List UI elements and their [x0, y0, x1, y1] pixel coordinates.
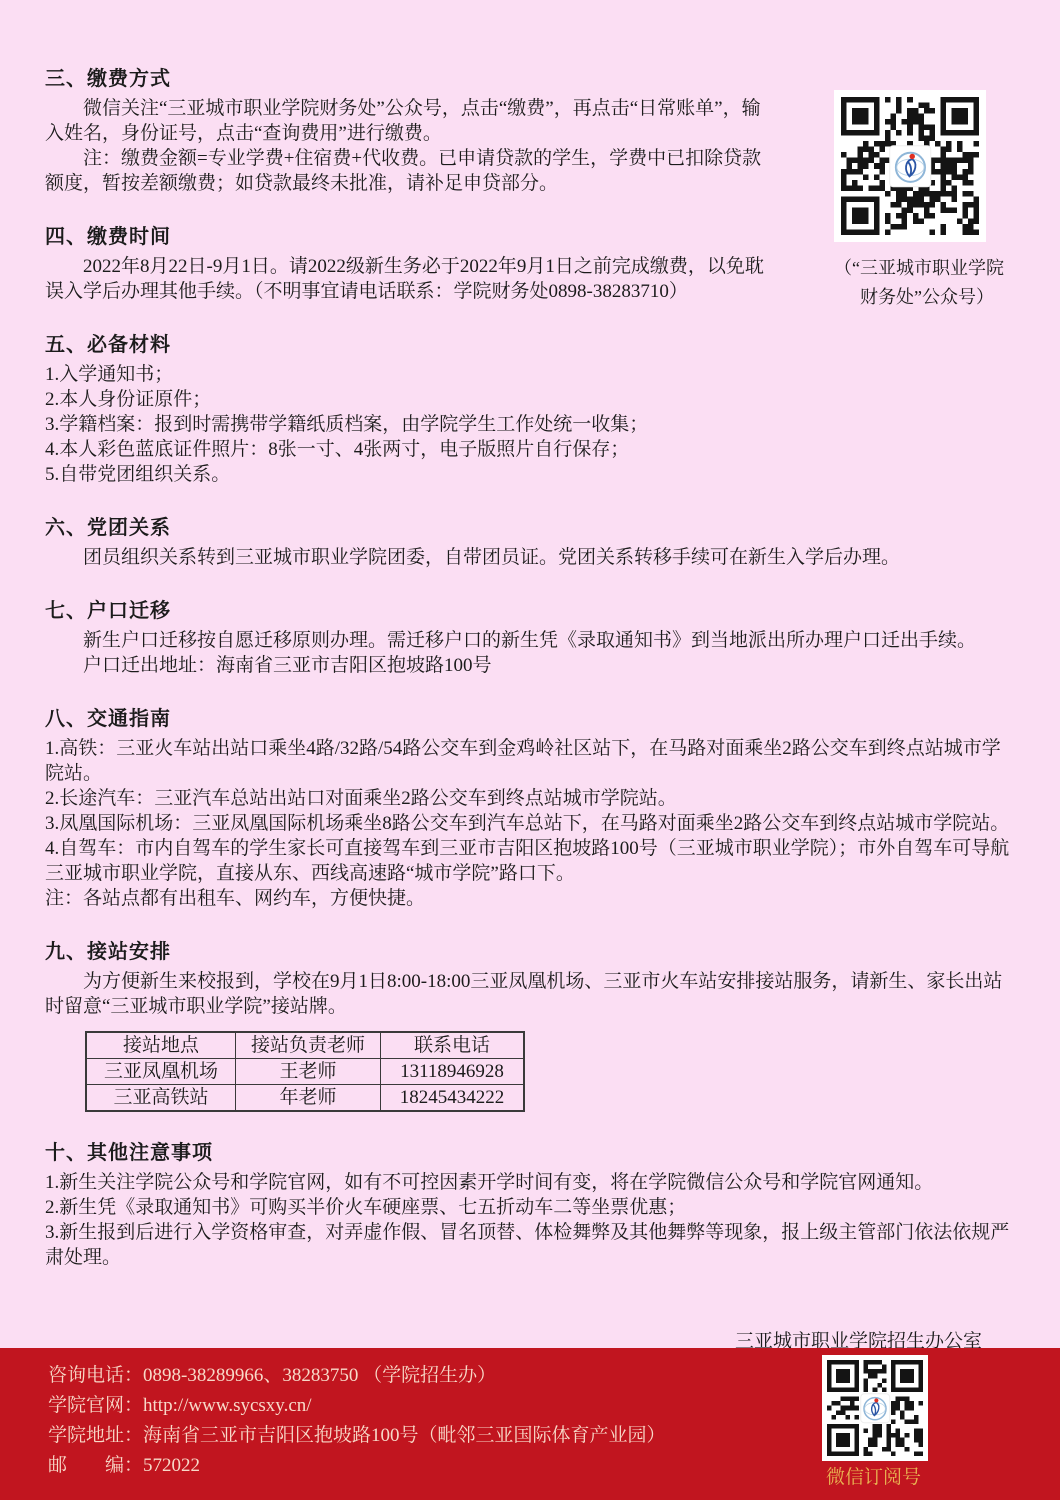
paragraph: 2.长途汽车：三亚汽车总站出站口对面乘坐2路公交车到终点站城市学院站。 [45, 786, 1010, 811]
section: 三、缴费方式微信关注“三亚城市职业学院财务处”公众号，点击“缴费”，再点击“日常… [45, 66, 777, 196]
table-header-cell: 接站负责老师 [236, 1032, 381, 1059]
footer-line-value: http://www.sycsxy.cn/ [143, 1395, 312, 1416]
college-logo-svg [861, 1394, 889, 1422]
paragraph: 4.自驾车：市内自驾车的学生家长可直接驾车到三亚市吉阳区抱坡路100号（三亚城市… [45, 836, 1010, 886]
admission-notice-page: { "page": { "background": "#fbdef3", "te… [0, 0, 1060, 1500]
section: 十、其他注意事项1.新生关注学院公众号和学院官网，如有不可控因素开学时间有变，将… [45, 1140, 1010, 1270]
wechat-qr-caption: 微信订阅号 [826, 1464, 921, 1492]
table-header-row: 接站地点接站负责老师联系电话 [86, 1032, 524, 1059]
paragraph: 注：缴费金额=专业学费+住宿费+代收费。已申请贷款的学生，学费中已扣除贷款额度，… [45, 146, 777, 196]
section: 四、缴费时间2022年8月22日-9月1日。请2022级新生务必于2022年9月… [45, 224, 777, 304]
table-cell: 三亚凤凰机场 [86, 1059, 236, 1085]
footer: 咨询电话：0898-38289966、38283750 （学院招生办）学院官网：… [0, 1348, 1060, 1500]
paragraph: 为方便新生来校报到，学校在9月1日8:00-18:00三亚凤凰机场、三亚市火车站… [45, 969, 1010, 1019]
paragraph: 3.凤凰国际机场：三亚凤凰国际机场乘坐8路公交车到汽车总站下，在马路对面乘坐2路… [45, 811, 1010, 836]
table-header-cell: 联系电话 [381, 1032, 525, 1059]
paragraph: 新生户口迁移按自愿迁移原则办理。需迁移户口的新生凭《录取通知书》到当地派出所办理… [45, 628, 1010, 653]
paragraph: 注：各站点都有出租车、网约车，方便快捷。 [45, 886, 1010, 911]
pickup-table-head: 接站地点接站负责老师联系电话 [86, 1032, 524, 1059]
footer-line: 咨询电话：0898-38289966、38283750 （学院招生办） [48, 1361, 666, 1391]
paragraph: 4.本人彩色蓝底证件照片：8张一寸、4张两寸，电子版照片自行保存； [45, 437, 1010, 462]
section-title: 九、接站安排 [45, 939, 1010, 966]
section-title: 三、缴费方式 [45, 66, 777, 93]
pickup-table-body: 三亚凤凰机场王老师13118946928三亚高铁站年老师18245434222 [86, 1059, 524, 1112]
table-cell: 13118946928 [381, 1059, 525, 1085]
footer-line-label: 咨询电话： [48, 1365, 143, 1386]
footer-line-label: 邮 编： [48, 1455, 143, 1476]
paragraph: 2.新生凭《录取通知书》可购买半价火车硬座票、七五折动车二等坐票优惠； [45, 1195, 1010, 1220]
paragraph: 户口迁出地址：海南省三亚市吉阳区抱坡路100号 [45, 653, 1010, 678]
section-title: 七、户口迁移 [45, 598, 1010, 625]
sections: 三、缴费方式微信关注“三亚城市职业学院财务处”公众号，点击“缴费”，再点击“日常… [45, 66, 1010, 1270]
section: 七、户口迁移新生户口迁移按自愿迁移原则办理。需迁移户口的新生凭《录取通知书》到当… [45, 598, 1010, 678]
section-title: 八、交通指南 [45, 706, 1010, 733]
section: 八、交通指南1.高铁：三亚火车站出站口乘坐4路/32路/54路公交车到金鸡岭社区… [45, 706, 1010, 911]
paragraph: 5.自带党团组织关系。 [45, 462, 1010, 487]
footer-line-label: 学院官网： [48, 1395, 143, 1416]
section: 九、接站安排为方便新生来校报到，学校在9月1日8:00-18:00三亚凤凰机场、… [45, 939, 1010, 1112]
paragraph: 1.新生关注学院公众号和学院官网，如有不可控因素开学时间有变，将在学院微信公众号… [45, 1170, 1010, 1195]
paragraph: 1.高铁：三亚火车站出站口乘坐4路/32路/54路公交车到金鸡岭社区站下，在马路… [45, 736, 1010, 786]
paragraph: 团员组织关系转到三亚城市职业学院团委，自带团员证。党团关系转移手续可在新生入学后… [45, 545, 1010, 570]
section: 六、党团关系团员组织关系转到三亚城市职业学院团委，自带团员证。党团关系转移手续可… [45, 515, 1010, 570]
section-title: 五、必备材料 [45, 332, 1010, 359]
footer-line: 邮 编：572022 [48, 1451, 666, 1481]
footer-line: 学院地址：海南省三亚市吉阳区抱坡路100号（毗邻三亚国际体育产业园） [48, 1421, 666, 1451]
footer-line-value: 572022 [143, 1455, 200, 1476]
footer-line-label: 学院地址： [48, 1425, 143, 1446]
section-title: 十、其他注意事项 [45, 1140, 1010, 1167]
table-cell: 年老师 [236, 1085, 381, 1112]
section: 五、必备材料1.入学通知书；2.本人身份证原件；3.学籍档案：报到时需携带学籍纸… [45, 332, 1010, 487]
wechat-qr-code [822, 1355, 928, 1461]
paragraph: 2.本人身份证原件； [45, 387, 1010, 412]
paragraph: 3.新生报到后进行入学资格审查，对弄虚作假、冒名顶替、体检舞弊及其他舞弊等现象，… [45, 1220, 1010, 1270]
section-title: 四、缴费时间 [45, 224, 777, 251]
table-header-cell: 接站地点 [86, 1032, 236, 1059]
paragraph: 2022年8月22日-9月1日。请2022级新生务必于2022年9月1日之前完成… [45, 254, 777, 304]
paragraph: 3.学籍档案：报到时需携带学籍纸质档案，由学院学生工作处统一收集； [45, 412, 1010, 437]
table-row: 三亚高铁站年老师18245434222 [86, 1085, 524, 1112]
paragraph: 微信关注“三亚城市职业学院财务处”公众号，点击“缴费”，再点击“日常账单”，输入… [45, 96, 777, 146]
section-title: 六、党团关系 [45, 515, 1010, 542]
table-cell: 18245434222 [381, 1085, 525, 1112]
table-row: 三亚凤凰机场王老师13118946928 [86, 1059, 524, 1085]
document-content: 三、缴费方式微信关注“三亚城市职业学院财务处”公众号，点击“缴费”，再点击“日常… [45, 66, 1010, 1388]
footer-line: 学院官网：http://www.sycsxy.cn/ [48, 1391, 666, 1421]
footer-line-value: 海南省三亚市吉阳区抱坡路100号（毗邻三亚国际体育产业园） [143, 1425, 666, 1446]
paragraph: 1.入学通知书； [45, 362, 1010, 387]
footer-line-value: 0898-38289966、38283750 （学院招生办） [143, 1365, 496, 1386]
table-cell: 三亚高铁站 [86, 1085, 236, 1112]
table-cell: 王老师 [236, 1059, 381, 1085]
footer-contact-lines: 咨询电话：0898-38289966、38283750 （学院招生办）学院官网：… [48, 1361, 666, 1481]
pickup-table: 接站地点接站负责老师联系电话三亚凤凰机场王老师13118946928三亚高铁站年… [85, 1031, 525, 1112]
college-logo-icon [860, 1393, 890, 1423]
